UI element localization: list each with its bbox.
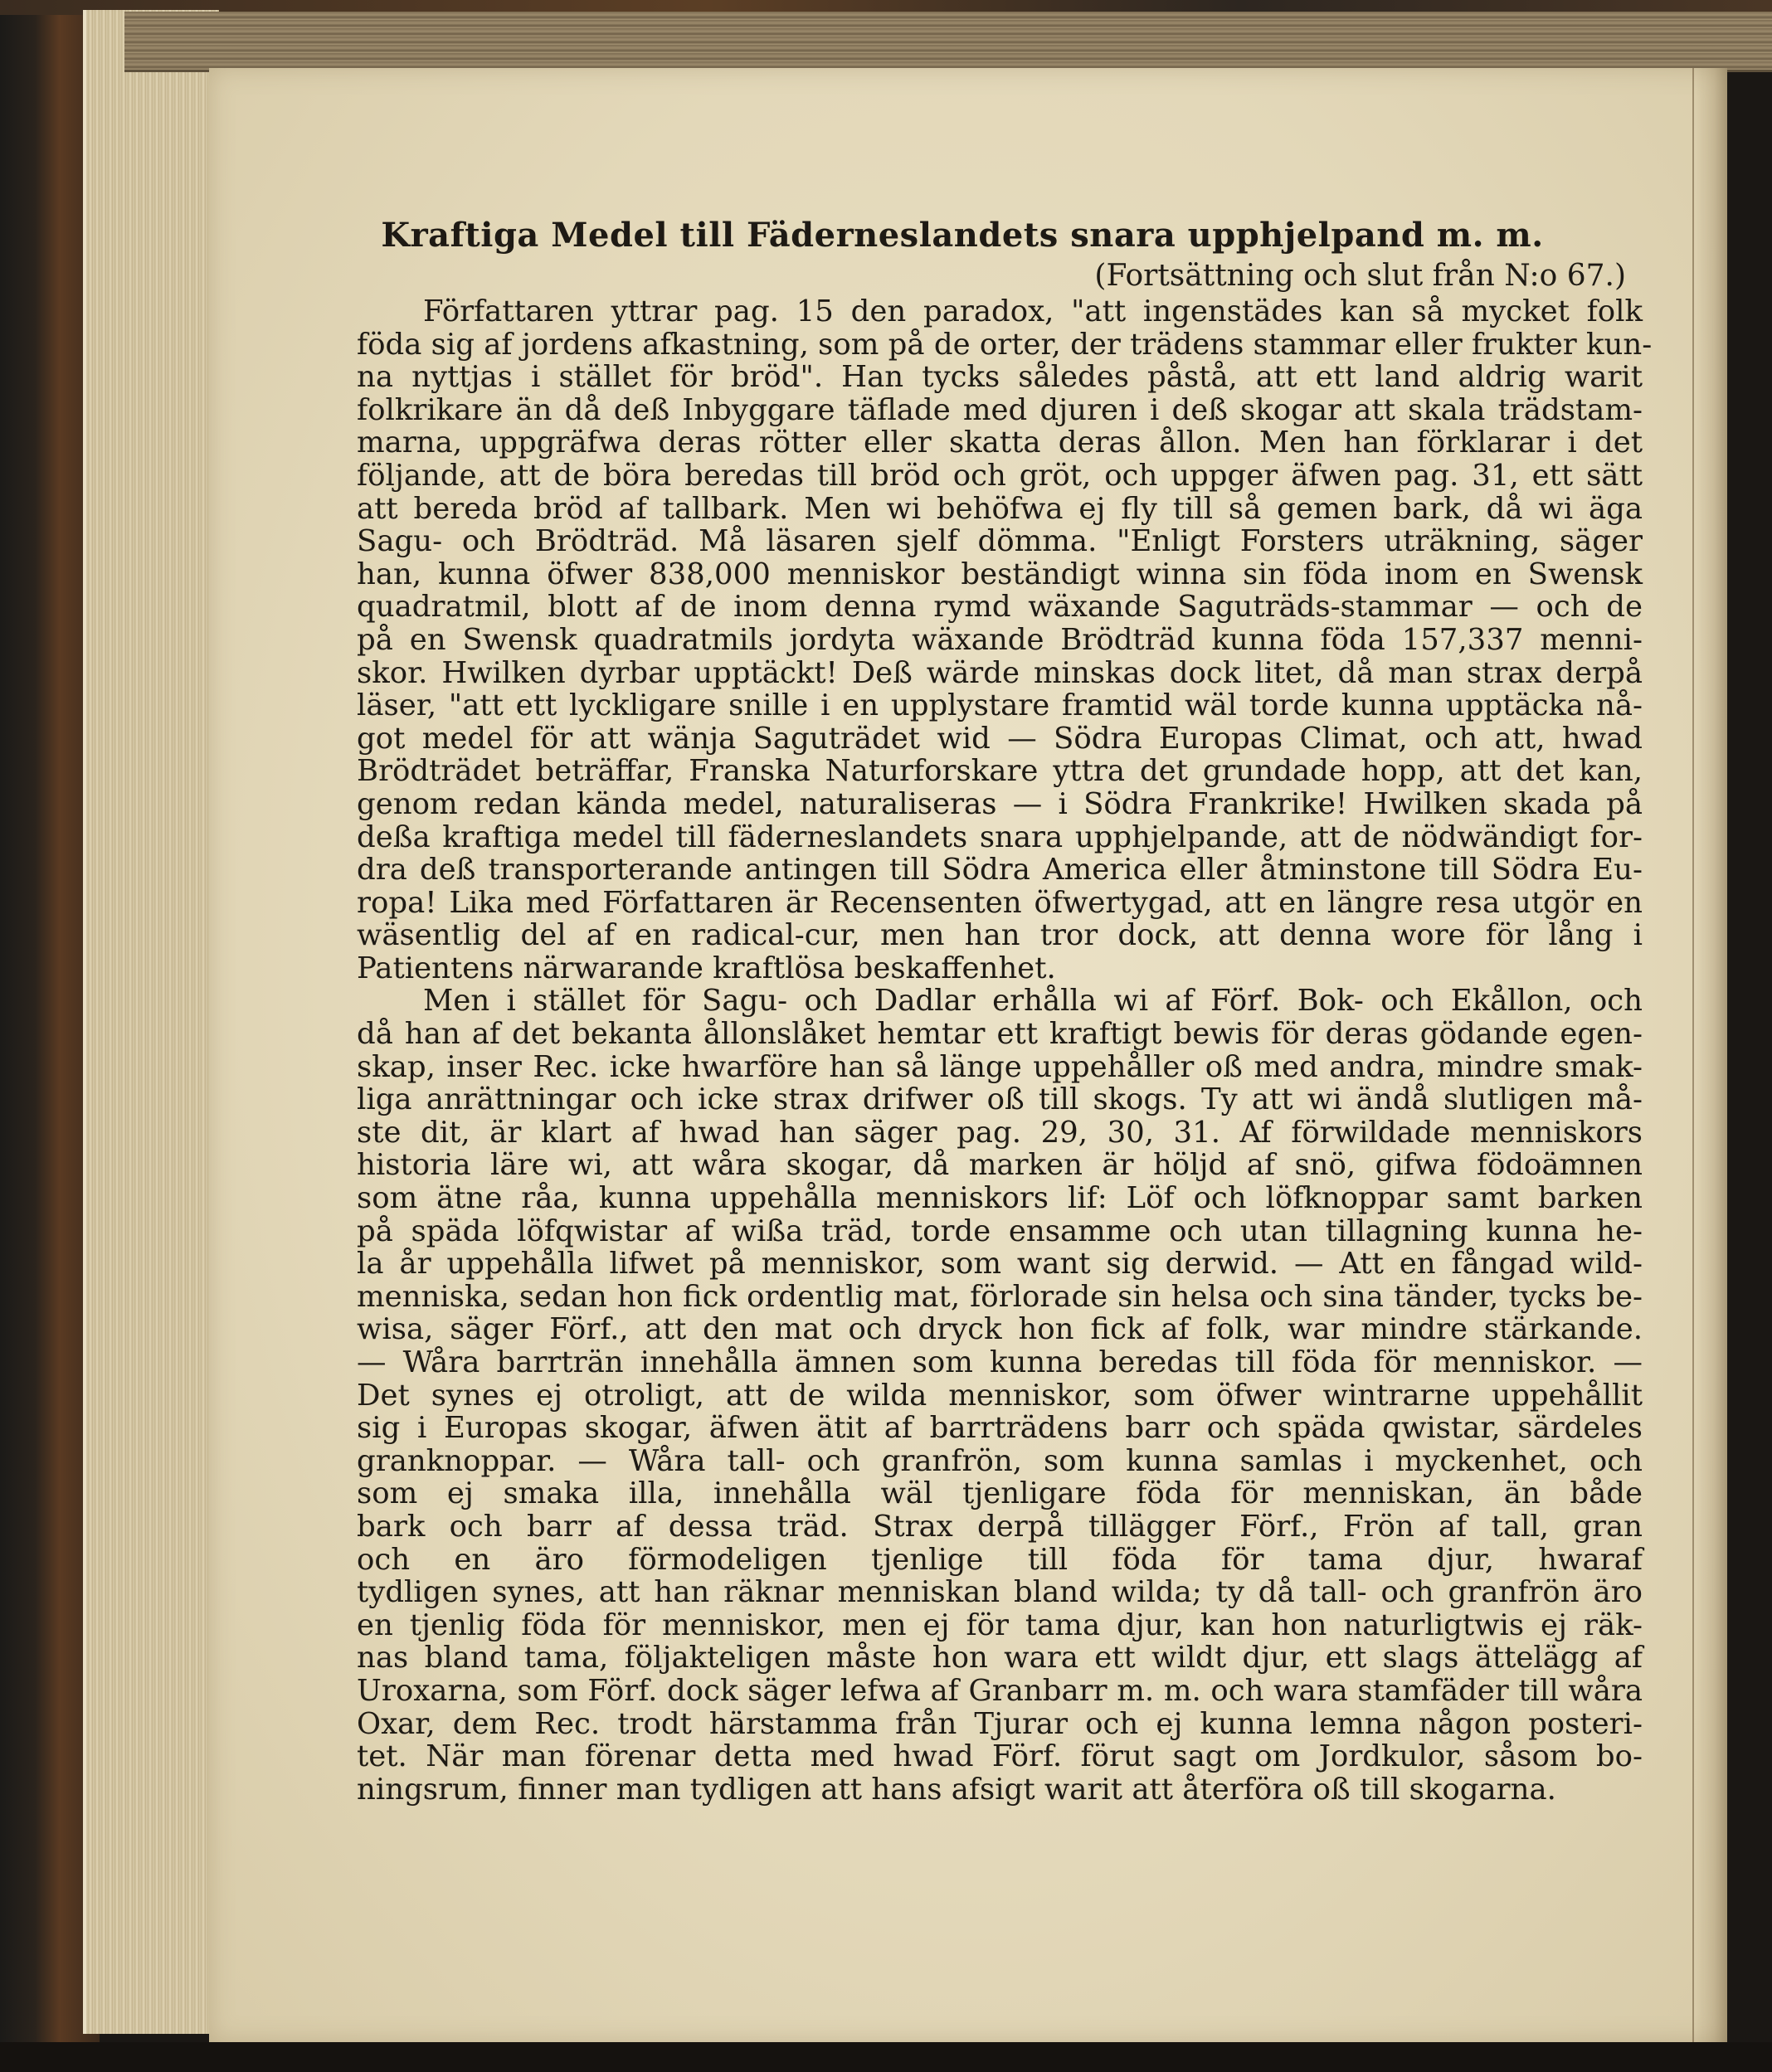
page-gutter-shadow <box>1692 68 1727 2042</box>
text-line: Det synes ej otroligt, att de wilda menn… <box>357 1379 1643 1413</box>
text-line: menniska, sedan hon fick ordentlig mat, … <box>357 1281 1643 1314</box>
article-subtitle: (Fortsättning och slut från N:o 67.) <box>357 257 1643 295</box>
text-line: läser, "att ett lyckligare snille i en u… <box>357 689 1643 722</box>
text-line: som ätne råa, kunna uppehålla menniskors… <box>357 1182 1643 1215</box>
paragraph-2: Men i stället för Sagu- och Dadlar erhål… <box>357 985 1643 1806</box>
text-line: följande, att de böra beredas till bröd … <box>357 460 1643 493</box>
text-line: som ej smaka illa, innehålla wäl tjenlig… <box>357 1477 1643 1510</box>
text-line: dra deß transporterande antingen till Sö… <box>357 854 1643 887</box>
background-shadow <box>0 2042 1772 2072</box>
text-line: liga anrättningar och icke strax drifwer… <box>357 1083 1643 1116</box>
text-line: wisa, säger Förf., att den mat och dryck… <box>357 1313 1643 1346</box>
text-line: han, kunna öfwer 838,000 menniskor bestä… <box>357 558 1643 591</box>
text-line: historia läre wi, att wåra skogar, då ma… <box>357 1149 1643 1182</box>
text-line: föda sig af jordens afkastning, som på d… <box>357 328 1643 362</box>
page-edges-top <box>124 12 1772 72</box>
text-line: granknoppar. — Wåra tall- och granfrön, … <box>357 1445 1643 1478</box>
page-edges-left <box>83 10 219 2034</box>
text-line: la år uppehålla lifwet på menniskor, som… <box>357 1248 1643 1281</box>
text-line: deßa kraftiga medel till fäderneslandets… <box>357 821 1643 854</box>
text-line: tydligen synes, att han räknar menniskan… <box>357 1576 1643 1609</box>
text-line: quadratmil, blott af de inom denna rymd … <box>357 591 1643 624</box>
text-line: Sagu- och Brödträd. Må läsaren sjelf döm… <box>357 525 1643 558</box>
text-line: Brödträdet beträffar, Franska Naturforsk… <box>357 755 1643 788</box>
text-line: marna, uppgräfwa deras rötter eller skat… <box>357 426 1643 460</box>
text-line: genom redan kända medel, naturaliseras —… <box>357 788 1643 821</box>
text-line: tet. När man förenar detta med hwad Förf… <box>357 1740 1643 1773</box>
text-line: wäsentlig del af en radical-cur, men han… <box>357 919 1643 952</box>
text-line: folkrikare än då deß Inbyggare täflade m… <box>357 394 1643 427</box>
text-line: på en Swensk quadratmils jordyta wäxande… <box>357 624 1643 657</box>
text-line: bark och barr af dessa träd. Strax derpå… <box>357 1510 1643 1544</box>
text-line: Men i stället för Sagu- och Dadlar erhål… <box>357 985 1643 1018</box>
text-line: ningsrum, finner man tydligen att hans a… <box>357 1773 1643 1807</box>
text-line: skap, inser Rec. icke hwarföre han så lä… <box>357 1051 1643 1084</box>
text-line: Oxar, dem Rec. trodt härstamma från Tjur… <box>357 1708 1643 1741</box>
text-line: Författaren yttrar pag. 15 den paradox, … <box>357 295 1643 328</box>
paragraph-1: Författaren yttrar pag. 15 den paradox, … <box>357 295 1643 985</box>
text-line: — Wåra barrträn innehålla ämnen som kunn… <box>357 1346 1643 1379</box>
text-line: en tjenlig föda för menniskor, men ej fö… <box>357 1609 1643 1642</box>
text-line: och en äro förmodeligen tjenlige till fö… <box>357 1544 1643 1577</box>
text-line: sig i Europas skogar, äfwen ätit af barr… <box>357 1412 1643 1445</box>
text-line: skor. Hwilken dyrbar upptäckt! Deß wärde… <box>357 657 1643 690</box>
text-line: got medel för att wänja Saguträdet wid —… <box>357 722 1643 756</box>
text-line: na nyttjas i stället för bröd". Han tyck… <box>357 361 1643 394</box>
text-line: ste dit, är klart af hwad han säger pag.… <box>357 1116 1643 1150</box>
text-line: ropa! Lika med Författaren är Recensente… <box>357 887 1643 920</box>
text-line: Uroxarna, som Förf. dock säger lefwa af … <box>357 1675 1643 1708</box>
page-content: Kraftiga Medel till Fäderneslandets snar… <box>357 214 1643 1806</box>
text-line: då han af det bekanta ållonslåket hemtar… <box>357 1018 1643 1051</box>
text-line: Patientens närwarande kraftlösa beskaffe… <box>357 952 1643 985</box>
text-line: att bereda bröd af tallbark. Men wi behö… <box>357 493 1643 526</box>
article-title: Kraftiga Medel till Fäderneslandets snar… <box>282 214 1643 257</box>
text-line: nas bland tama, följakteligen måste hon … <box>357 1642 1643 1675</box>
text-line: på späda löfqwistar af wißa träd, torde … <box>357 1215 1643 1248</box>
